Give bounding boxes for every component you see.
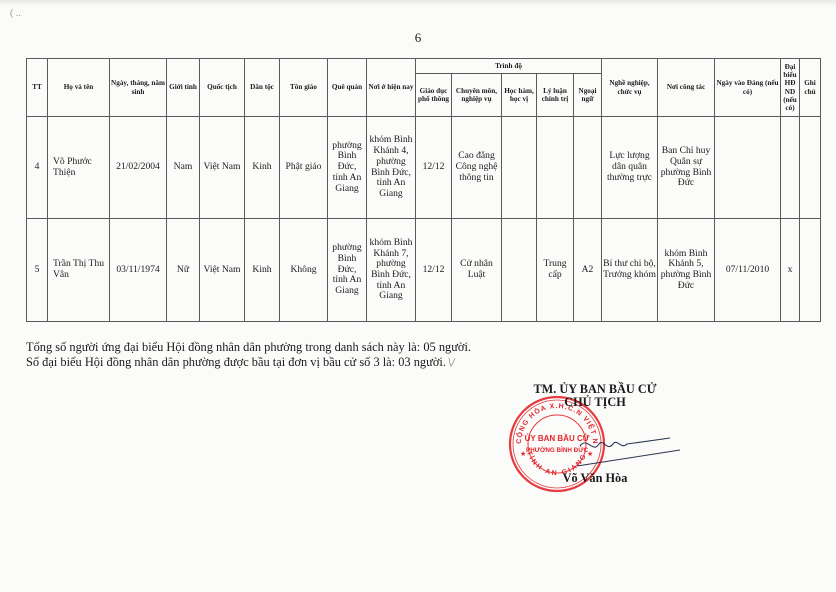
cell-nationality: Việt Nam xyxy=(200,219,245,322)
cell-dob: 21/02/2004 xyxy=(110,117,167,219)
cell-party-date: 07/11/2010 xyxy=(715,219,781,322)
signature-block: TM. ỦY BAN BẦU CỬ CHỦ TỊCH Võ Văn Hòa xyxy=(500,383,690,486)
cell-name: Võ Phước Thiện xyxy=(48,117,110,219)
header-ethnicity: Dân tộc xyxy=(245,59,280,117)
cell-academic xyxy=(502,117,537,219)
cell-general-edu: 12/12 xyxy=(416,117,452,219)
cell-specialty: Cao đẳng Công nghệ thông tin xyxy=(452,117,502,219)
cell-tt: 4 xyxy=(27,117,48,219)
signer-name: Võ Văn Hòa xyxy=(500,471,690,486)
cell-residence: khóm Bình Khánh 4, phường Bình Đức, tỉnh… xyxy=(367,117,416,219)
header-general-edu: Giáo dục phổ thông xyxy=(416,74,452,117)
cell-religion: Không xyxy=(280,219,328,322)
table-row: 4 Võ Phước Thiện 21/02/2004 Nam Việt Nam… xyxy=(27,117,821,219)
cell-workplace: Ban Chỉ huy Quân sự phường Bình Đức xyxy=(658,117,715,219)
cell-ethnicity: Kinh xyxy=(245,219,280,322)
signer-position: CHỦ TỊCH xyxy=(500,396,690,409)
cell-nationality: Việt Nam xyxy=(200,117,245,219)
header-political: Lý luận chính trị xyxy=(537,74,574,117)
cell-language xyxy=(574,117,602,219)
cell-occupation: Lực lượng dân quân thường trực xyxy=(602,117,658,219)
cell-hometown: phường Bình Đức, tỉnh An Giang xyxy=(328,219,367,322)
header-name: Họ và tên xyxy=(48,59,110,117)
cell-note xyxy=(800,117,821,219)
header-language: Ngoại ngữ xyxy=(574,74,602,117)
cell-delegate xyxy=(781,117,800,219)
summary-seats: Số đại biểu Hội đồng nhân dân phường đượ… xyxy=(26,355,446,369)
table-row: 5 Trần Thị Thu Vân 03/11/1974 Nữ Việt Na… xyxy=(27,219,821,322)
header-delegate: Đại biểu HĐ ND (nếu có) xyxy=(781,59,800,117)
cell-dob: 03/11/1974 xyxy=(110,219,167,322)
header-party-date: Ngày vào Đảng (nếu có) xyxy=(715,59,781,117)
header-hometown: Quê quán xyxy=(328,59,367,117)
header-note: Ghi chú xyxy=(800,59,821,117)
cell-residence: khóm Bình Khánh 7, phường Bình Đức, tỉnh… xyxy=(367,219,416,322)
cell-hometown: phường Bình Đức, tỉnh An Giang xyxy=(328,117,367,219)
header-workplace: Nơi công tác xyxy=(658,59,715,117)
corner-mark: ( .. xyxy=(10,8,21,19)
header-dob: Ngày, tháng, năm sinh xyxy=(110,59,167,117)
header-nationality: Quốc tịch xyxy=(200,59,245,117)
cell-occupation: Bí thư chi bộ, Trưởng khóm xyxy=(602,219,658,322)
check-mark-icon: \/ xyxy=(447,355,456,371)
cell-delegate: x xyxy=(781,219,800,322)
cell-name: Trần Thị Thu Vân xyxy=(48,219,110,322)
cell-specialty: Cử nhân Luật xyxy=(452,219,502,322)
header-specialty: Chuyên môn, nghiệp vụ xyxy=(452,74,502,117)
header-gender: Giới tính xyxy=(167,59,200,117)
candidate-table: TT Họ và tên Ngày, tháng, năm sinh Giới … xyxy=(26,58,821,322)
cell-ethnicity: Kinh xyxy=(245,117,280,219)
header-religion: Tôn giáo xyxy=(280,59,328,117)
summary-total-candidates: Tổng số người ứng đại biểu Hội đồng nhân… xyxy=(26,340,471,355)
cell-academic xyxy=(502,219,537,322)
page-number: 6 xyxy=(0,30,836,46)
header-academic: Học hàm, học vị xyxy=(502,74,537,117)
cell-tt: 5 xyxy=(27,219,48,322)
cell-language: A2 xyxy=(574,219,602,322)
cell-party-date xyxy=(715,117,781,219)
summary-seats-line: Số đại biểu Hội đồng nhân dân phường đượ… xyxy=(26,355,471,370)
cell-political: Trung cấp xyxy=(537,219,574,322)
cell-gender: Nam xyxy=(167,117,200,219)
header-qualification-group: Trình độ xyxy=(416,59,602,74)
cell-note xyxy=(800,219,821,322)
header-tt: TT xyxy=(27,59,48,117)
header-occupation: Nghề nghiệp, chức vụ xyxy=(602,59,658,117)
scan-edge xyxy=(0,0,836,6)
header-residence: Nơi ở hiện nay xyxy=(367,59,416,117)
cell-workplace: khóm Bình Khánh 5, phường Bình Đức xyxy=(658,219,715,322)
cell-gender: Nữ xyxy=(167,219,200,322)
cell-general-edu: 12/12 xyxy=(416,219,452,322)
cell-political xyxy=(537,117,574,219)
cell-religion: Phật giáo xyxy=(280,117,328,219)
summary: Tổng số người ứng đại biểu Hội đồng nhân… xyxy=(26,340,471,370)
